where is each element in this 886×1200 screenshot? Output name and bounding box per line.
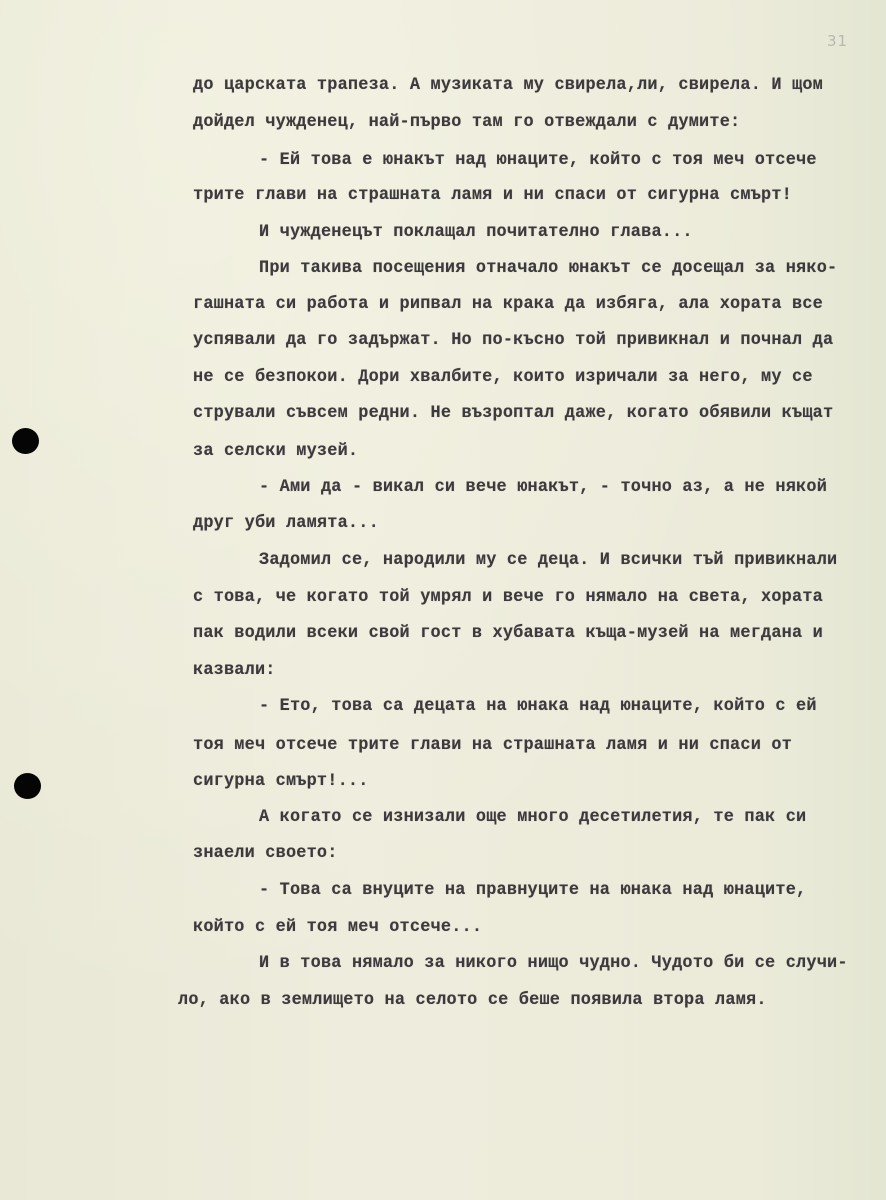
text-line: успявали да го задържат. Но по-късно той… xyxy=(193,330,833,350)
text-line: - Това са внуците на правнуците на юнака… xyxy=(259,880,806,900)
text-line: пак водили всеки свой гост в хубавата къ… xyxy=(193,623,823,643)
text-line: При такива посещения отначало юнакът се … xyxy=(259,258,837,278)
text-line: стрували съвсем редни. Не възроптал даже… xyxy=(193,403,833,423)
text-line: дойдел чужденец, най-първо там го отвежд… xyxy=(193,112,740,132)
page-number: 31 xyxy=(827,32,848,50)
text-line: И чужденецът поклащал почитателно глава.… xyxy=(259,222,693,242)
text-line: знаели своето: xyxy=(193,843,338,863)
text-line: - Ето, това са децата на юнака над юнаци… xyxy=(259,696,817,716)
text-line: с това, че когато той умрял и вече го ня… xyxy=(193,587,823,607)
text-line: Задомил се, народили му се деца. И всичк… xyxy=(259,550,837,570)
text-line: до царската трапеза. А музиката му свире… xyxy=(193,75,823,95)
text-line: сигурна смърт!... xyxy=(193,771,369,791)
punch-hole-bottom xyxy=(14,773,41,799)
text-line: трите глави на страшната ламя и ни спаси… xyxy=(193,185,792,205)
text-line: ло, ако в землището на селото се беше по… xyxy=(178,990,767,1010)
text-line: не се безпокои. Дори хвалбите, които изр… xyxy=(193,367,813,387)
punch-hole-top xyxy=(12,428,39,454)
text-line: - Ами да - викал си вече юнакът, - точно… xyxy=(259,477,827,497)
text-line: за селски музей. xyxy=(193,441,358,461)
text-line: който с ей тоя меч отсече... xyxy=(193,917,482,937)
typewritten-page: 31 до царската трапеза. А музиката му св… xyxy=(0,0,886,1200)
text-line: гашната си работа и рипвал на крака да и… xyxy=(193,294,823,314)
text-line: тоя меч отсече трите глави на страшната … xyxy=(193,735,792,755)
text-line: И в това нямало за никого нищо чудно. Чу… xyxy=(259,953,848,973)
text-line: А когато се изнизали още много десетилет… xyxy=(259,807,806,827)
text-line: друг уби ламята... xyxy=(193,513,379,533)
text-line: - Ей това е юнакът над юнаците, който с … xyxy=(259,150,817,170)
text-line: казвали: xyxy=(193,660,276,680)
